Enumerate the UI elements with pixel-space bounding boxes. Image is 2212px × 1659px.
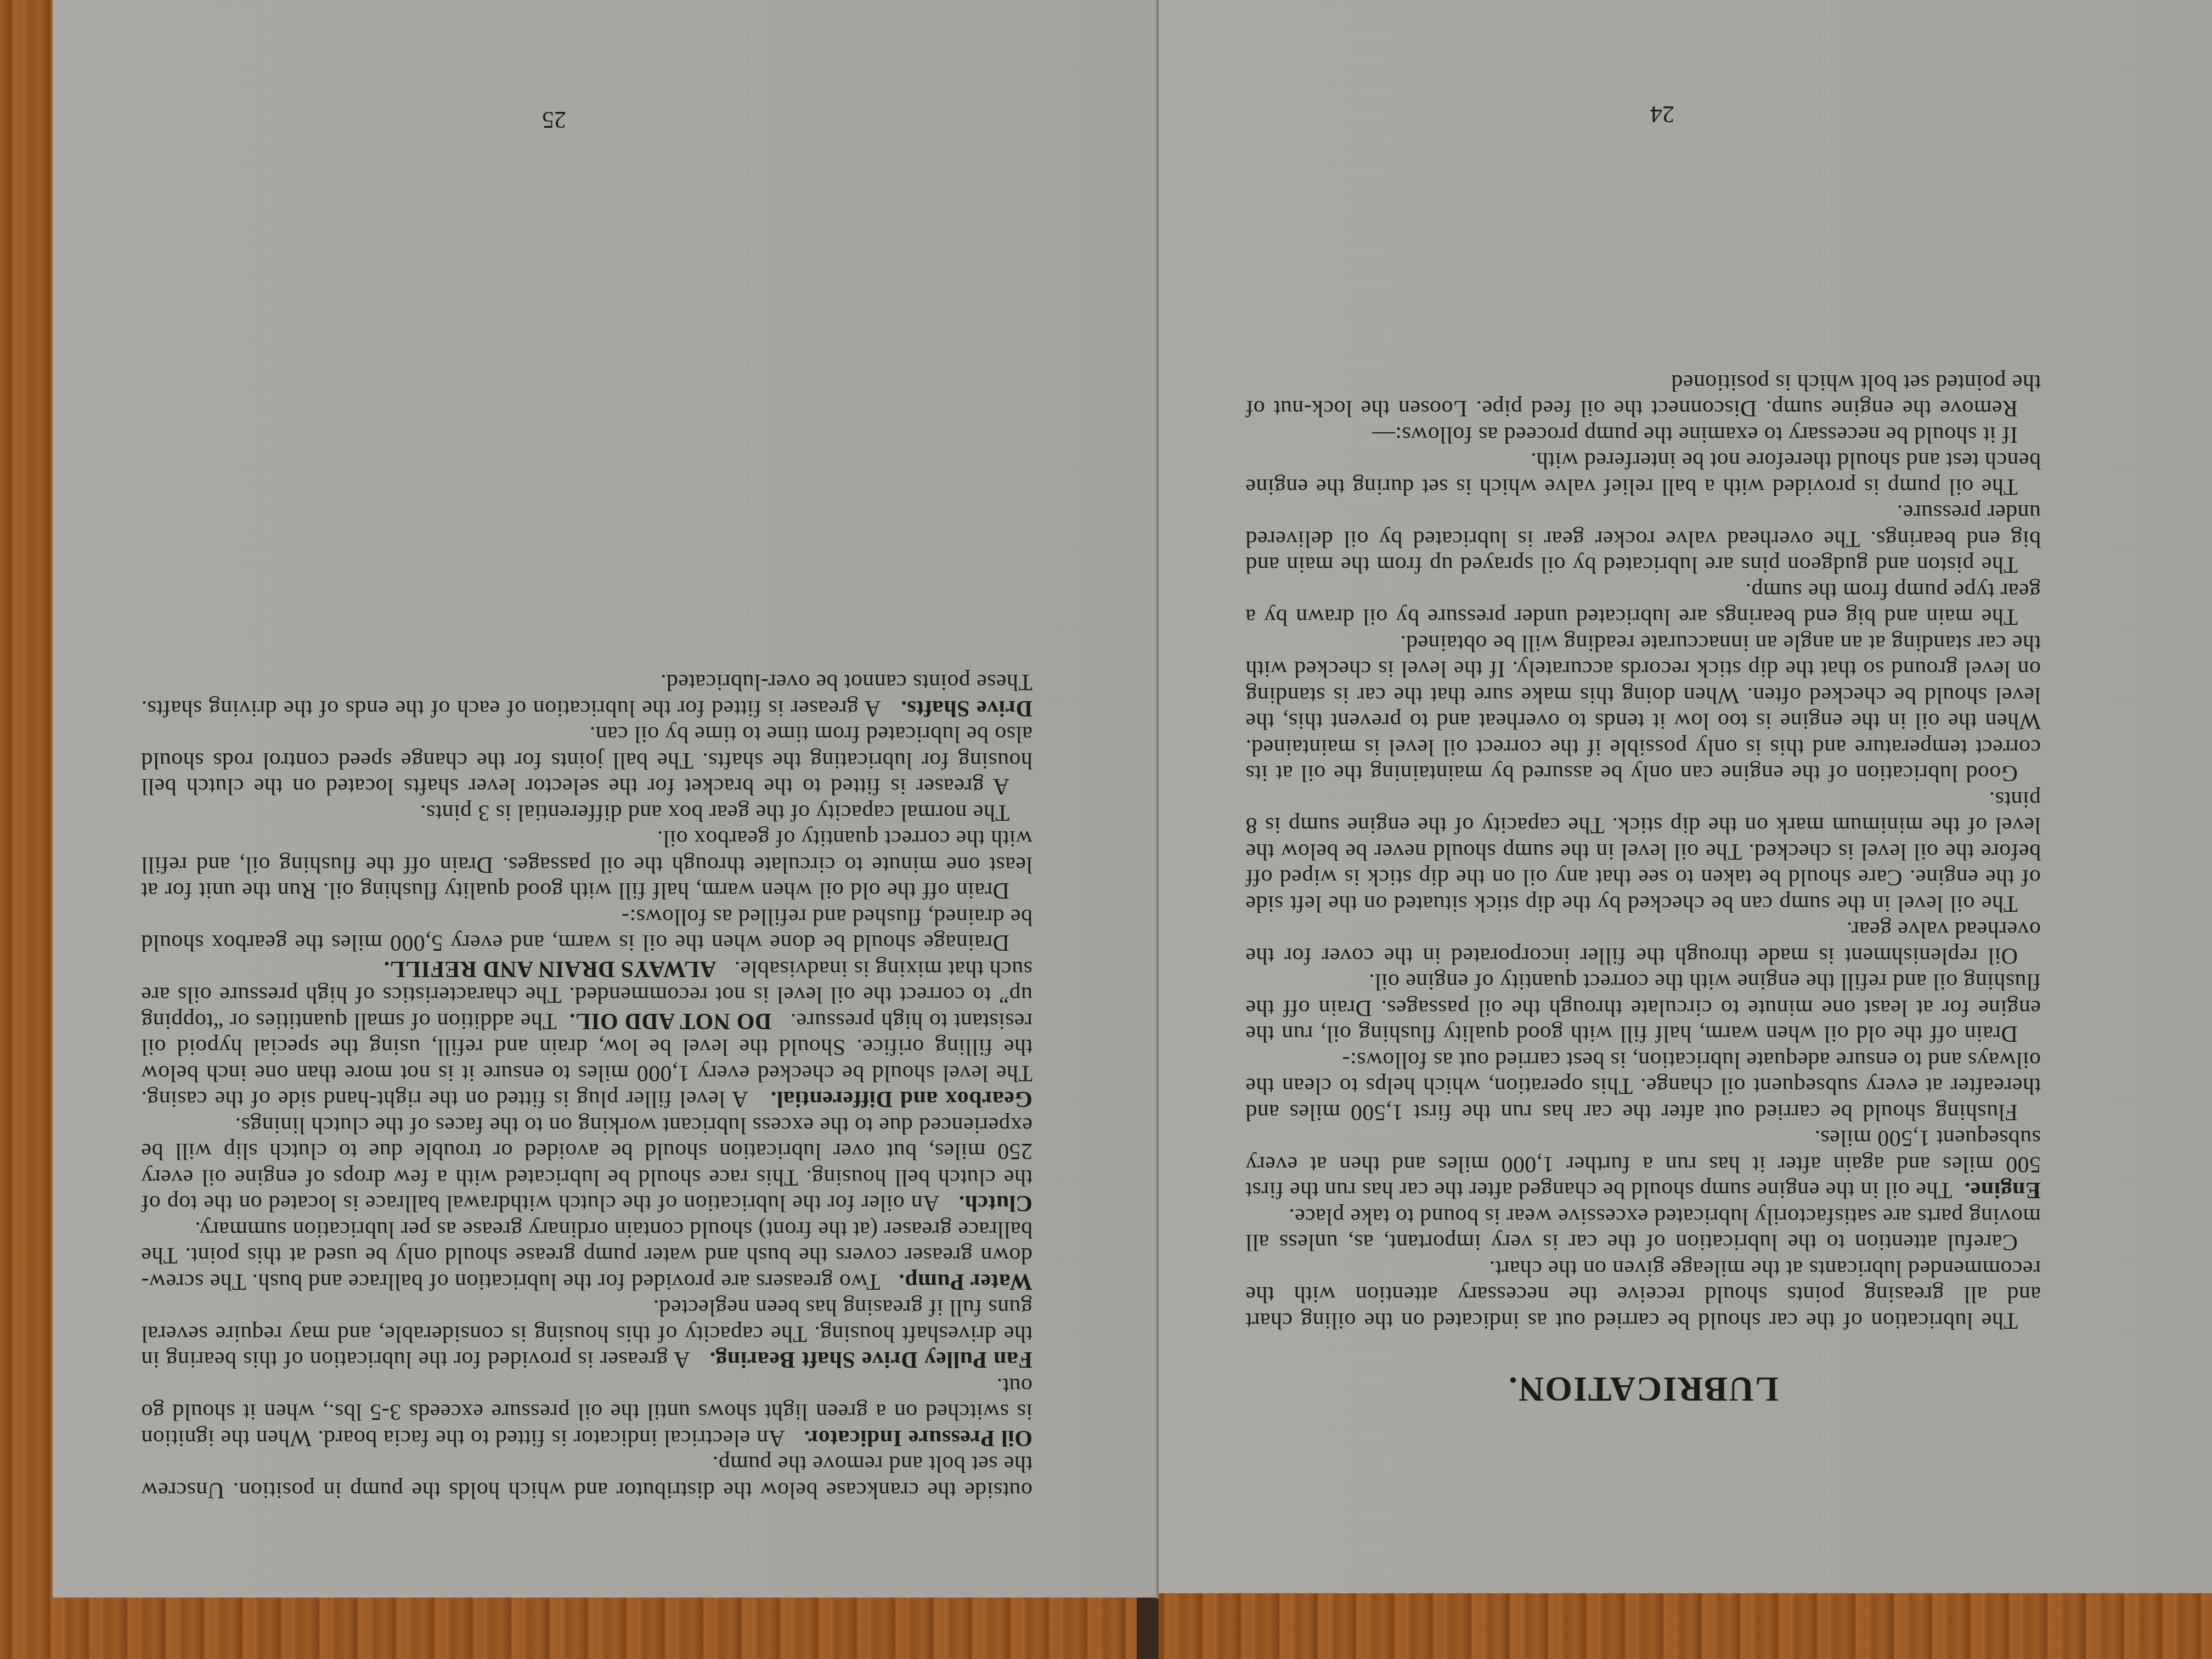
paragraph: The main and big end bearings are lubric…	[1245, 578, 2041, 630]
page-24-text: LUBRICATION. The lubrication of the car …	[1245, 369, 2041, 1407]
paragraph: Drain off the old oil when warm, half fi…	[141, 825, 1032, 904]
section-heading-gearbox: Gearbox and Differential.	[770, 1087, 1032, 1112]
section-heading-drive-shafts: Drive Shafts.	[901, 696, 1032, 721]
paragraph: Good lubrication of the engine can only …	[1245, 630, 2041, 786]
warning-do-not-add-oil: DO NOT ADD OIL.	[569, 1008, 772, 1034]
spine-gutter	[1156, 0, 1159, 1599]
paragraph: Engine. The oil in the engine sump shoul…	[1245, 1125, 2041, 1203]
paragraph: The normal capacity of the gear box and …	[141, 799, 1032, 826]
page-number: 24	[1650, 100, 1674, 128]
paragraph: A greaser is fitted to the bracket for t…	[141, 721, 1032, 799]
paragraph: Clutch. An oiler for the lubrication of …	[141, 1112, 1032, 1216]
section-heading-water-pump: Water Pump.	[899, 1269, 1032, 1294]
section-heading-fan-pulley: Fan Pulley Drive Shaft Bearing.	[709, 1347, 1032, 1373]
paragraph: The oil pump is provided with a ball rel…	[1245, 447, 2041, 499]
paragraph: The piston and gudgeon pins are lubricat…	[1245, 499, 2041, 578]
paragraph: The lubrication of the car should be car…	[1245, 1255, 2041, 1334]
paragraph: The oil level in the sump can be checked…	[1245, 786, 2041, 917]
page-25-text: outside the crankcase below the distribu…	[141, 669, 1032, 1503]
paragraph: Fan Pulley Drive Shaft Bearing. A grease…	[141, 1294, 1032, 1373]
paragraph: Careful attention to the lubrication of …	[1245, 1203, 2041, 1255]
section-heading-engine: Engine.	[1965, 1178, 2041, 1203]
page-title: LUBRICATION.	[1245, 1372, 2041, 1407]
paragraph: Drainage should be done when the oil is …	[141, 904, 1032, 956]
paragraph: Oil Pressure Indicator. An electrical in…	[141, 1373, 1032, 1451]
paragraph: Drive Shafts. A greaser is fitted for th…	[141, 669, 1032, 721]
booklet-photo: LUBRICATION. The lubrication of the car …	[0, 0, 2212, 1659]
section-heading-clutch: Clutch.	[958, 1191, 1032, 1216]
warning-always-drain: ALWAYS DRAIN AND REFILL.	[383, 956, 716, 981]
paragraph: Oil replenishment is made through the fi…	[1245, 916, 2041, 968]
paragraph: Water Pump. Two greasers are provided fo…	[141, 1216, 1032, 1295]
page-number: 25	[542, 106, 566, 134]
paragraph-body: A greaser is fitted for the lubrication …	[141, 670, 1032, 721]
table-gap	[1137, 1593, 1159, 1659]
paragraph: Gearbox and Differential. A level filler…	[141, 956, 1032, 1112]
paragraph-body: An oiler for the lubrication of the clut…	[141, 1113, 1032, 1216]
paragraph: outside the crankcase below the distribu…	[141, 1451, 1032, 1503]
paragraph: If it should be necessary to examine the…	[1245, 421, 2041, 448]
paragraph: Drain off the old oil when warm, half fi…	[1245, 968, 2041, 1047]
section-heading-oil-pressure-indicator: Oil Pressure Indicator.	[804, 1425, 1032, 1451]
paragraph: Remove the engine sump. Disconnect the o…	[1245, 369, 2041, 421]
paragraph: Flushing should be carried out after the…	[1245, 1047, 2041, 1125]
paragraph-body: The oil in the engine sump should be cha…	[1245, 1126, 2041, 1203]
